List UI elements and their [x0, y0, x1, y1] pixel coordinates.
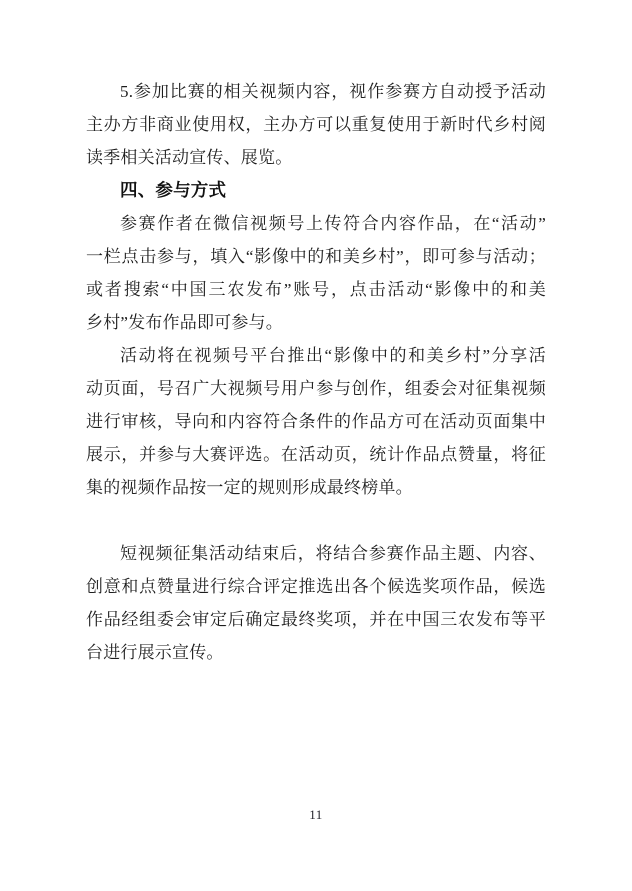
- text-line: 活动将在视频号平台推出“影像中的和美乡村”分享活: [86, 339, 546, 372]
- text-line: 动页面，号召广大视频号用户参与创作，组委会对征集视频: [86, 372, 546, 405]
- text-line: 乡村”发布作品即可参与。: [86, 306, 546, 339]
- text-line: 读季相关活动宣传、展览。: [86, 141, 546, 174]
- text-line: 短视频征集活动结束后，将结合参赛作品主题、内容、: [86, 537, 546, 570]
- text-line: 或者搜索“中国三农发布”账号，点击活动“影像中的和美: [86, 273, 546, 306]
- document-page: 5.参加比赛的相关视频内容，视作参赛方自动授予活动 主办方非商业使用权，主办方可…: [0, 0, 632, 891]
- empty-line: [86, 504, 546, 537]
- paragraph-how-to-join: 参赛作者在微信视频号上传符合内容作品，在“活动” 一栏点击参与，填入“影像中的和…: [86, 207, 546, 339]
- paragraph-activity-page: 活动将在视频号平台推出“影像中的和美乡村”分享活 动页面，号召广大视频号用户参与…: [86, 339, 546, 504]
- text-line: 主办方非商业使用权，主办方可以重复使用于新时代乡村阅: [86, 108, 546, 141]
- text-line: 展示，并参与大赛评选。在活动页，统计作品点赞量，将征: [86, 438, 546, 471]
- paragraph-usage-rights: 5.参加比赛的相关视频内容，视作参赛方自动授予活动 主办方非商业使用权，主办方可…: [86, 75, 546, 174]
- paragraph-awards-selection: 短视频征集活动结束后，将结合参赛作品主题、内容、 创意和点赞量进行综合评定推选出…: [86, 537, 546, 669]
- text-line: 一栏点击参与，填入“影像中的和美乡村”，即可参与活动；: [86, 240, 546, 273]
- text-line: 参赛作者在微信视频号上传符合内容作品，在“活动”: [86, 207, 546, 240]
- text-line: 台进行展示宣传。: [86, 636, 546, 669]
- text-line: 创意和点赞量进行综合评定推选出各个候选奖项作品，候选: [86, 570, 546, 603]
- document-text-block: 5.参加比赛的相关视频内容，视作参赛方自动授予活动 主办方非商业使用权，主办方可…: [86, 75, 546, 669]
- text-line: 5.参加比赛的相关视频内容，视作参赛方自动授予活动: [86, 75, 546, 108]
- text-line: 进行审核，导向和内容符合条件的作品方可在活动页面集中: [86, 405, 546, 438]
- page-number: 11: [0, 807, 632, 823]
- section-heading-participation: 四、参与方式: [86, 174, 546, 207]
- text-line: 集的视频作品按一定的规则形成最终榜单。: [86, 471, 546, 504]
- text-line: 作品经组委会审定后确定最终奖项，并在中国三农发布等平: [86, 603, 546, 636]
